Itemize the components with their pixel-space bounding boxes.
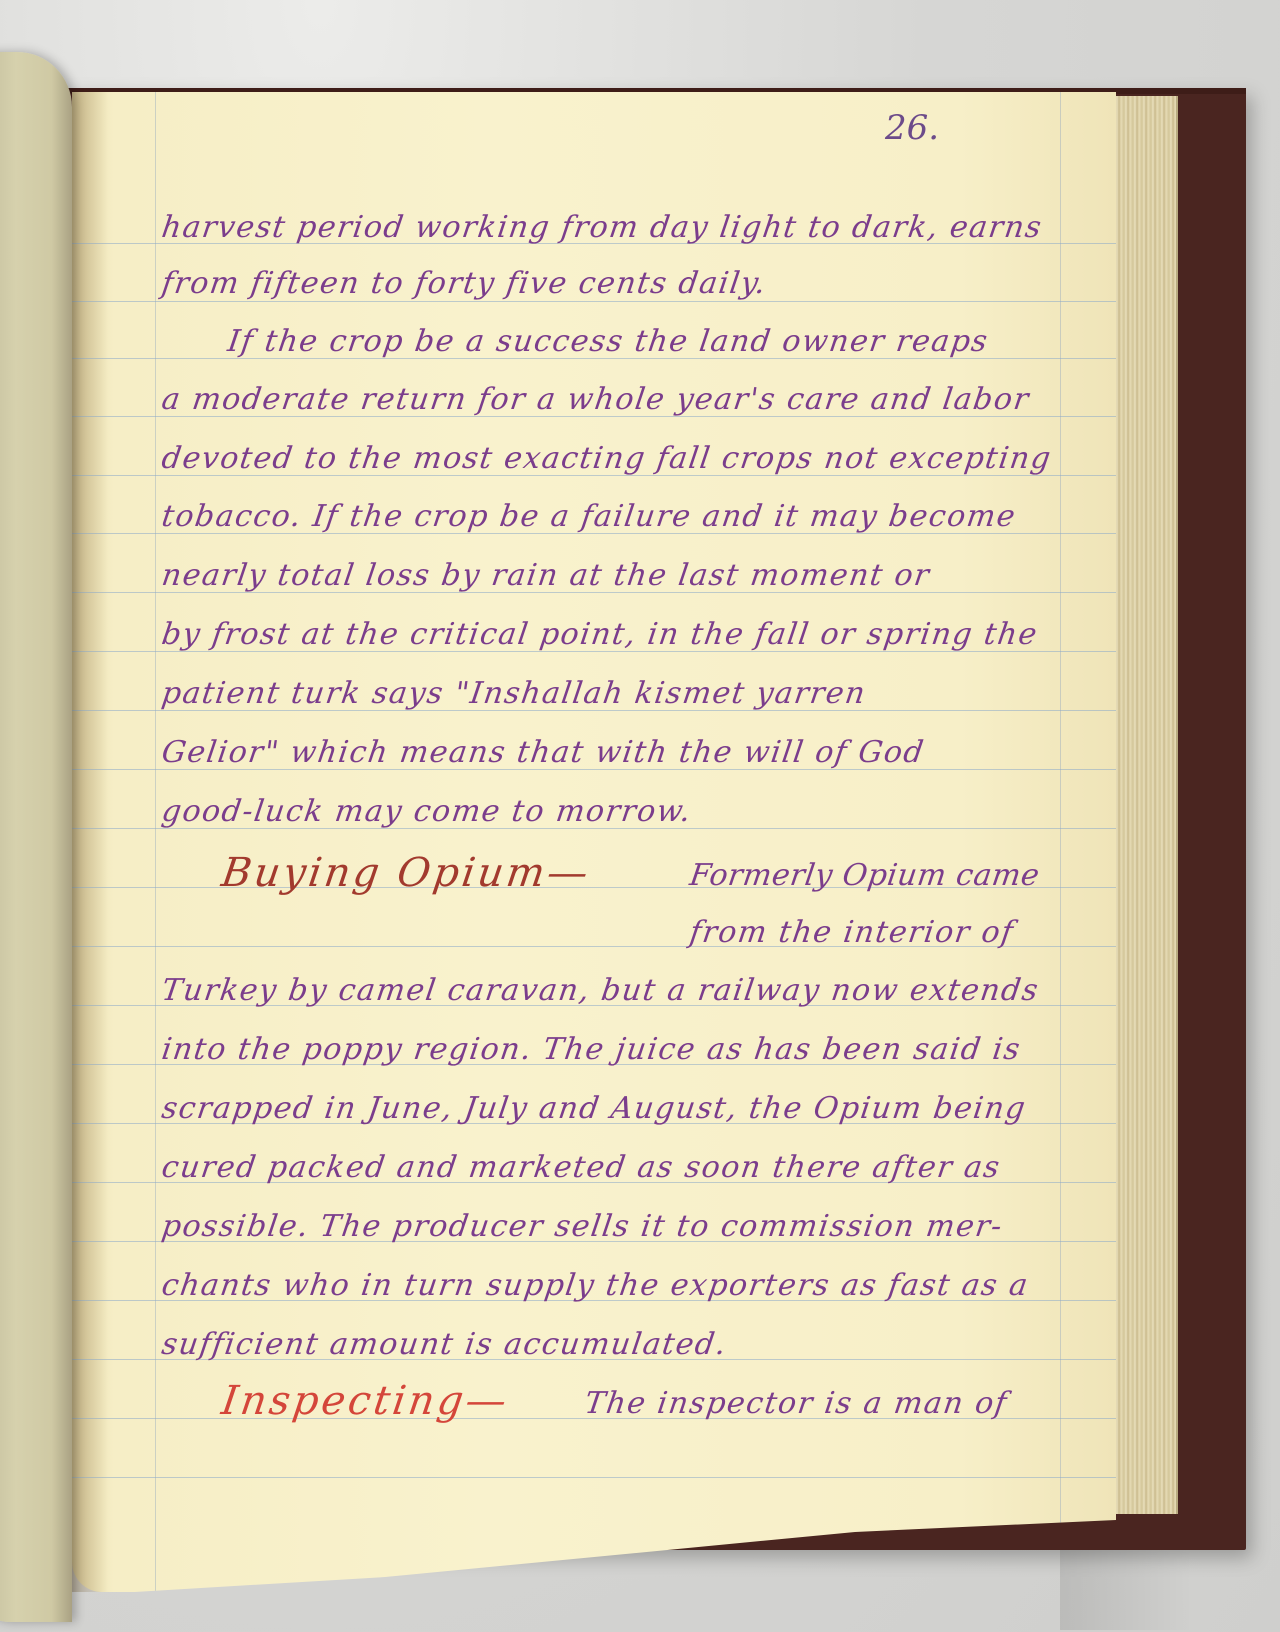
text-line: a moderate return for a whole year's car…: [160, 382, 1032, 417]
text-line: nearly total loss by rain at the last mo…: [160, 558, 933, 593]
text-line: harvest period working from day light to…: [160, 210, 1045, 245]
text-line: from fifteen to forty five cents daily.: [160, 266, 769, 301]
text-line: scrapped in June, July and August, the O…: [160, 1091, 1029, 1126]
text-line: from the interior of: [688, 915, 1017, 950]
text-line: sufficient amount is accumulated.: [160, 1327, 730, 1362]
text-line: chants who in turn supply the exporters …: [160, 1268, 1032, 1303]
text-line: devoted to the most exacting fall crops …: [160, 441, 1054, 476]
section-heading: Buying Opium—: [219, 850, 594, 896]
gutter-shadow: [72, 92, 108, 1592]
page-edges-stack: [1112, 96, 1178, 1514]
left-page-curl: [0, 52, 72, 1622]
text-line: possible. The producer sells it to commi…: [160, 1209, 1006, 1244]
left-margin-line: [155, 92, 156, 1592]
text-line: patient turk says "Inshallah kismet yarr…: [160, 676, 869, 711]
text-line: The inspector is a man of: [583, 1386, 1010, 1421]
section-heading: Inspecting—: [219, 1378, 512, 1424]
ledger-page: [72, 92, 1116, 1592]
text-line: Gelior" which means that with the will o…: [160, 735, 927, 770]
text-line: good-luck may come to morrow.: [160, 794, 695, 829]
text-line: Formerly Opium came: [688, 858, 1042, 893]
text-line: tobacco. If the crop be a failure and it…: [160, 499, 1019, 534]
rule-line: [72, 301, 1116, 302]
text-line: cured packed and marketed as soon there …: [160, 1150, 1003, 1185]
page-number: 26.: [885, 108, 939, 148]
rule-line: [72, 1477, 1116, 1478]
text-line: If the crop be a success the land owner …: [226, 324, 991, 359]
right-margin-line: [1060, 92, 1061, 1592]
text-line: Turkey by camel caravan, but a railway n…: [160, 973, 1042, 1008]
text-line: by frost at the critical point, in the f…: [160, 617, 1041, 652]
text-line: into the poppy region. The juice as has …: [160, 1032, 1024, 1067]
